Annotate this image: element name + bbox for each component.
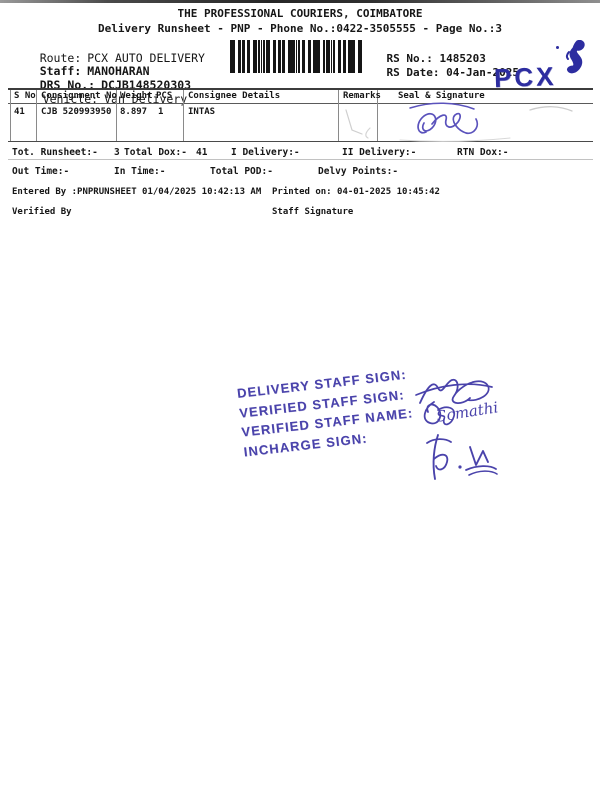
total-dox-value: 41 xyxy=(196,147,207,158)
printed-on-line: Printed on: 04-01-2025 10:45:42 xyxy=(272,187,440,197)
rs-date-label: RS Date: xyxy=(387,66,440,79)
totals-bottom-rule xyxy=(8,159,593,160)
table-top-rule xyxy=(8,88,593,90)
second-delivery-label: II Delivery:- xyxy=(342,147,416,158)
table-vertical-rule xyxy=(183,90,184,141)
col-header-pcs: PCS xyxy=(156,91,172,101)
out-time-label: Out Time:- xyxy=(12,166,69,177)
scanned-delivery-runsheet: THE PROFESSIONAL COURIERS, COIMBATORE De… xyxy=(0,0,600,800)
delvy-points-label: Delvy Points:- xyxy=(318,166,398,177)
total-runsheet-value: 3 xyxy=(114,147,120,158)
rtn-dox-label: RTN Dox:- xyxy=(457,147,508,158)
runsheet-barcode xyxy=(230,40,362,73)
col-header-s-no: S No xyxy=(14,91,36,101)
first-delivery-label: I Delivery:- xyxy=(231,147,300,158)
in-time-label: In Time:- xyxy=(114,166,165,177)
col-header-consignee: Consignee Details xyxy=(188,91,280,101)
row-s-no: 41 xyxy=(14,107,25,117)
entered-by-line: Entered By :PNPRUNSHEET 01/04/2025 10:42… xyxy=(12,187,261,197)
col-header-weight: Weight xyxy=(120,91,153,101)
row-consignee: INTAS xyxy=(188,107,215,117)
seal-cell-signature xyxy=(340,96,590,144)
courier-figure-icon xyxy=(564,40,586,74)
row-weight: 8.897 xyxy=(120,107,147,117)
table-vertical-rule xyxy=(10,90,11,141)
staff-signature-label: Staff Signature xyxy=(272,207,353,217)
total-dox-label: Total Dox:- xyxy=(124,147,187,158)
total-runsheet-label: Tot. Runsheet:- xyxy=(12,147,98,158)
incharge-signature xyxy=(420,431,512,483)
row-consignment-no: CJB 520993950 xyxy=(41,107,111,117)
pcx-logo-dot xyxy=(556,46,559,49)
verified-by-label: Verified By xyxy=(12,207,72,217)
row-pcs: 1 xyxy=(158,107,163,117)
col-header-consignment-no: Consignment No xyxy=(41,91,117,101)
table-vertical-rule xyxy=(36,90,37,141)
table-vertical-rule xyxy=(338,90,339,141)
scanner-edge-artifact xyxy=(0,0,600,3)
total-pod-label: Total POD:- xyxy=(210,166,273,177)
company-title: THE PROFESSIONAL COURIERS, COIMBATORE xyxy=(0,7,600,20)
runsheet-subtitle: Delivery Runsheet - PNP - Phone No.:0422… xyxy=(0,22,600,35)
